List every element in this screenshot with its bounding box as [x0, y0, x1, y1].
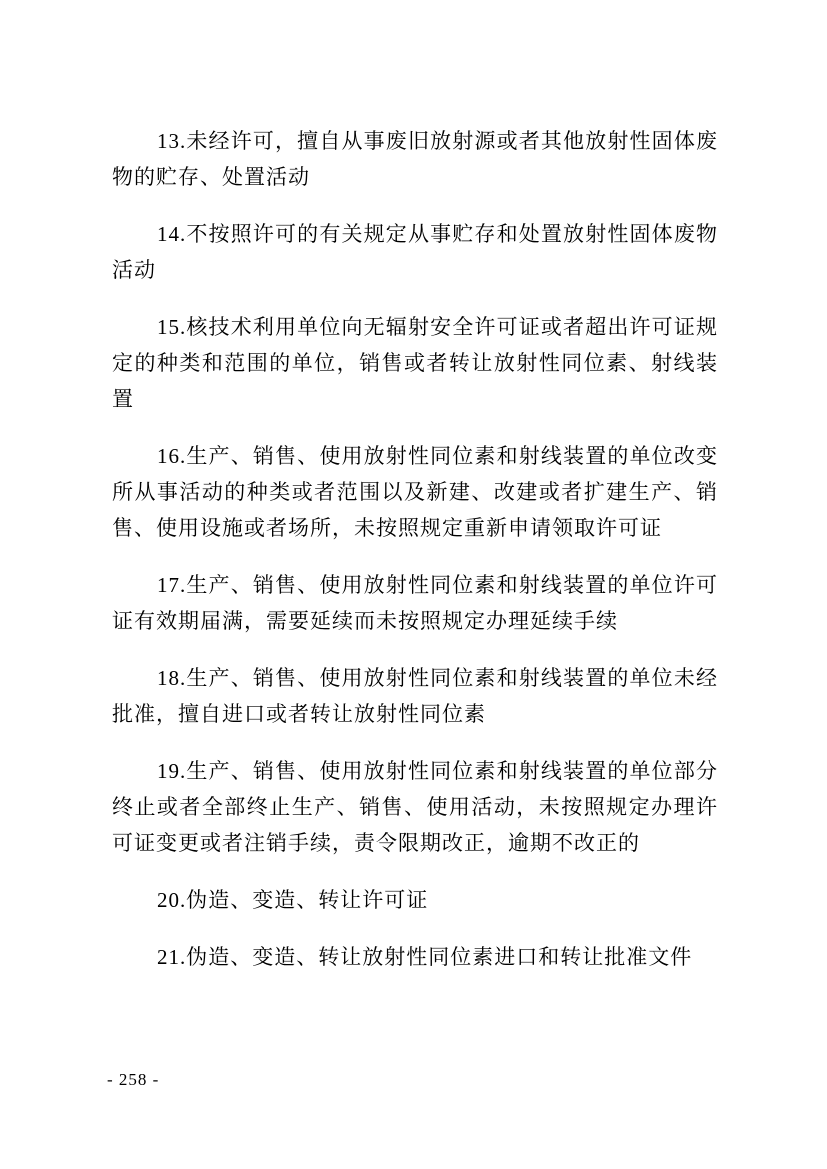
- text-line: 18.生产、销售、使用放射性同位素和射线装置的单位未经: [112, 660, 718, 696]
- page-number: - 258 -: [107, 1070, 159, 1090]
- text-line: 所从事活动的种类或者范围以及新建、改建或者扩建生产、销: [112, 474, 718, 510]
- paragraph: 14.不按照许可的有关规定从事贮存和处置放射性固体废物活动: [112, 216, 718, 288]
- text-line: 物的贮存、处置活动: [112, 159, 718, 195]
- paragraph: 15.核技术利用单位向无辐射安全许可证或者超出许可证规定的种类和范围的单位，销售…: [112, 309, 718, 417]
- text-line: 14.不按照许可的有关规定从事贮存和处置放射性固体废物: [112, 216, 718, 252]
- text-line: 批准，擅自进口或者转让放射性同位素: [112, 696, 718, 732]
- text-line: 20.伪造、变造、转让许可证: [112, 882, 718, 918]
- paragraph: 20.伪造、变造、转让许可证: [112, 882, 718, 918]
- paragraph: 13.未经许可，擅自从事废旧放射源或者其他放射性固体废物的贮存、处置活动: [112, 123, 718, 195]
- text-line: 21.伪造、变造、转让放射性同位素进口和转让批准文件: [112, 939, 718, 975]
- document-page: 13.未经许可，擅自从事废旧放射源或者其他放射性固体废物的贮存、处置活动14.不…: [0, 0, 827, 1169]
- paragraph: 16.生产、销售、使用放射性同位素和射线装置的单位改变所从事活动的种类或者范围以…: [112, 438, 718, 546]
- text-line: 17.生产、销售、使用放射性同位素和射线装置的单位许可: [112, 567, 718, 603]
- document-body: 13.未经许可，擅自从事废旧放射源或者其他放射性固体废物的贮存、处置活动14.不…: [112, 123, 718, 975]
- text-line: 13.未经许可，擅自从事废旧放射源或者其他放射性固体废: [112, 123, 718, 159]
- text-line: 15.核技术利用单位向无辐射安全许可证或者超出许可证规: [112, 309, 718, 345]
- text-line: 定的种类和范围的单位，销售或者转让放射性同位素、射线装: [112, 345, 718, 381]
- paragraph: 18.生产、销售、使用放射性同位素和射线装置的单位未经批准，擅自进口或者转让放射…: [112, 660, 718, 732]
- paragraph: 17.生产、销售、使用放射性同位素和射线装置的单位许可证有效期届满，需要延续而未…: [112, 567, 718, 639]
- text-line: 售、使用设施或者场所，未按照规定重新申请领取许可证: [112, 510, 718, 546]
- paragraph: 21.伪造、变造、转让放射性同位素进口和转让批准文件: [112, 939, 718, 975]
- text-line: 19.生产、销售、使用放射性同位素和射线装置的单位部分: [112, 753, 718, 789]
- text-line: 16.生产、销售、使用放射性同位素和射线装置的单位改变: [112, 438, 718, 474]
- text-line: 置: [112, 381, 718, 417]
- text-line: 证有效期届满，需要延续而未按照规定办理延续手续: [112, 603, 718, 639]
- text-line: 可证变更或者注销手续，责令限期改正，逾期不改正的: [112, 825, 718, 861]
- text-line: 活动: [112, 252, 718, 288]
- text-line: 终止或者全部终止生产、销售、使用活动，未按照规定办理许: [112, 789, 718, 825]
- paragraph: 19.生产、销售、使用放射性同位素和射线装置的单位部分终止或者全部终止生产、销售…: [112, 753, 718, 861]
